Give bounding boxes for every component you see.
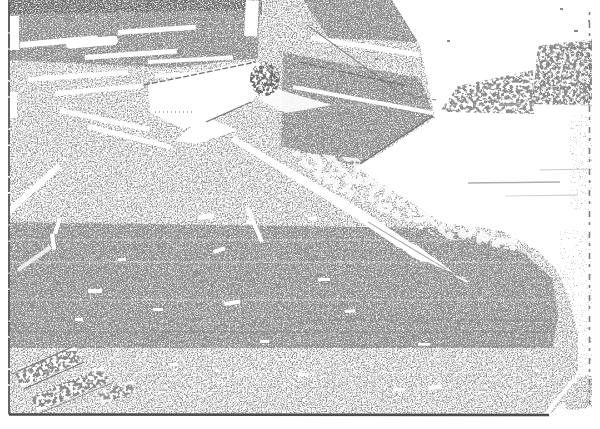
fleck bbox=[75, 318, 83, 321]
fleck bbox=[153, 308, 163, 311]
water-speck bbox=[560, 8, 563, 10]
fleck bbox=[260, 340, 269, 343]
fleck bbox=[318, 278, 330, 281]
water-speck bbox=[588, 20, 590, 22]
fleck bbox=[118, 258, 126, 261]
wake-dash bbox=[468, 182, 560, 183]
right-margin-specks-b bbox=[560, 230, 592, 410]
scanned-page: large speckled gray landmass with darker… bbox=[0, 0, 600, 429]
fleck bbox=[170, 363, 178, 366]
fleck bbox=[308, 217, 317, 220]
aerial-photo-svg: large speckled gray landmass with darker… bbox=[0, 0, 600, 429]
fleck bbox=[393, 388, 405, 391]
fleck bbox=[298, 373, 308, 376]
street-streak bbox=[10, 16, 19, 50]
vessel-superstructure bbox=[250, 62, 280, 96]
fleck bbox=[88, 289, 102, 293]
photo-border-bottom bbox=[9, 415, 549, 416]
water-speck bbox=[574, 30, 578, 32]
water-speck bbox=[375, 58, 378, 60]
street-streak bbox=[244, 0, 259, 37]
fleck bbox=[246, 221, 255, 224]
water-speck bbox=[447, 40, 450, 42]
aerial-photo-figure: large speckled gray landmass with darker… bbox=[0, 0, 600, 429]
